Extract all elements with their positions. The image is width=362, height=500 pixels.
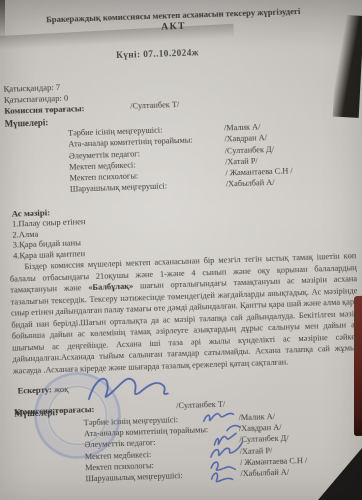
chairman-signature (88, 377, 168, 400)
note-line: Ескерту: жоқ (17, 384, 68, 396)
member-role: Шаруашылық меңгерушісі: (85, 471, 182, 483)
member-role: Мектеп психологы: (85, 461, 154, 472)
member-name: /Хатай Р/ (225, 156, 258, 166)
member-name: / Жамантаева С.Н / (240, 456, 308, 467)
chairman-label: Комиссия төрағасы: (4, 103, 84, 116)
member-name: /Хабылбай А/ (226, 178, 275, 189)
members-label: Мүшелері: (14, 407, 58, 418)
member-role: Әлеуметтік педагог: (84, 438, 155, 449)
member-role: Мектеп медбикесі: (69, 160, 136, 171)
members-label: Мүшелері: (5, 117, 49, 128)
chairman-name: /Султанбек Т/ (130, 100, 179, 111)
act-document: Бракераждық комиссиясы мектеп асханасын … (0, 0, 362, 500)
note-value: жоқ (54, 384, 69, 394)
body-paragraph: Біздер комиссия мүшелері мектеп асханасы… (9, 250, 360, 376)
member-role: Тәрбие ісінің меңгерушісі: (68, 126, 163, 138)
member-name: /Султанбек Д/ (225, 144, 275, 155)
member-role: Мектеп психологы: (69, 172, 138, 183)
chairman-name: /Султанбек Т/ (176, 400, 225, 411)
note-label: Ескерту: (17, 384, 52, 395)
member-name: /Хабылбай А/ (240, 467, 289, 478)
document-photo: Бракераждық комиссиясы мектеп асханасын … (0, 0, 362, 500)
member-name: /Хавдран А/ (239, 423, 282, 433)
members-signature-list: Тәрбие ісінің меңгерушісі: /Малик А/ Ата… (6, 409, 362, 488)
member-name: /Султанбек Д/ (239, 434, 289, 445)
attendance-block: Қатысқандар: 7 Қатыспағандар: 0 (3, 82, 68, 106)
member-role: Әлеуметтік педагог: (69, 149, 140, 160)
member-name: /Хавдран А/ (224, 133, 267, 143)
member-name: /Малик А/ (238, 412, 275, 422)
document-title: Бракераждық комиссиясы мектеп асханасын … (10, 5, 337, 38)
document-date: Күні: 07..10.2024ж (0, 44, 322, 65)
body-text-bold: «Балбұлақ» (88, 282, 133, 292)
member-name: / Жамантаева С.Н / (225, 166, 293, 177)
member-role: Мектеп медбикесі: (85, 450, 152, 461)
member-role: Шаруашылық меңгерушісі: (70, 182, 167, 194)
member-name: /Малик А/ (224, 122, 261, 132)
member-name: /Хатай Р/ (240, 446, 273, 456)
members-list: Тәрбие ісінің меңгерушісі: /Малик А/ Ата… (0, 119, 360, 199)
member-role: Тәрбие ісінің меңгерушісі: (84, 415, 179, 427)
menu-block: Ас мәзірі: 1.Палау сиыр етінен 2.Алма 3.… (12, 206, 87, 260)
